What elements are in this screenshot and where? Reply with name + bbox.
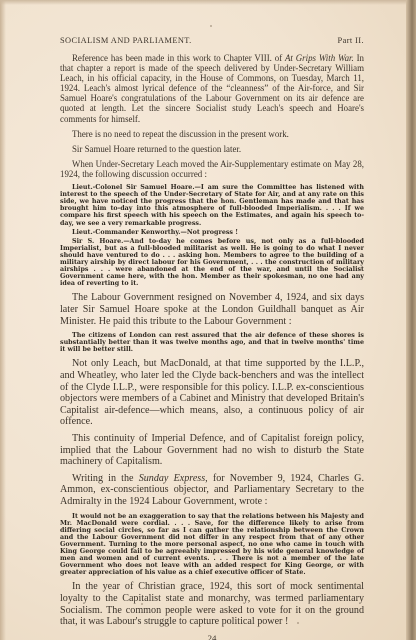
book-page: SOCIALISM AND PARLIAMENT. Part II. Refer… bbox=[0, 0, 416, 640]
page-top-edge bbox=[0, 0, 416, 5]
paper-speck bbox=[141, 603, 143, 605]
quote-ammon: It would not be an exaggeration to say t… bbox=[60, 513, 364, 577]
paragraph-leach-moved: When Under-Secretary Leach moved the Air… bbox=[60, 159, 364, 179]
paragraph-sunday-express: Writing in the Sunday Express, for Novem… bbox=[60, 473, 364, 508]
running-head: SOCIALISM AND PARLIAMENT. Part II. bbox=[60, 36, 364, 45]
paragraph-hoare-returned: Sir Samuel Hoare returned to the questio… bbox=[60, 144, 364, 154]
text: In that chapter a report is made of the … bbox=[60, 53, 364, 124]
speaker-name: Lieut.-Commander Kenworthy. bbox=[72, 229, 181, 236]
paragraph-continuity: This continuity of Imperial Defence, and… bbox=[60, 433, 364, 468]
paper-speck bbox=[264, 610, 266, 612]
quote-speech: Sir S. Hoare.—And to-day he comes before… bbox=[60, 238, 364, 288]
quote-guildhall: The citizens of London can rest assured … bbox=[60, 332, 364, 353]
quote-speech: Lieut.-Colonel Sir Samuel Hoare.—I am su… bbox=[60, 184, 364, 227]
speaker-name: Lieut.-Colonel Sir Samuel Hoare. bbox=[72, 184, 195, 191]
paragraph-labour-resigned: The Labour Government resigned on Novemb… bbox=[60, 292, 364, 327]
page-content: SOCIALISM AND PARLIAMENT. Part II. Refer… bbox=[60, 36, 364, 640]
speaker-name: Sir S. Hoare. bbox=[72, 238, 123, 245]
paragraph-reference: Reference has been made in this work to … bbox=[60, 53, 364, 124]
running-head-part: Part II. bbox=[338, 36, 364, 45]
paragraph-not-only-leach: Not only Leach, but MacDonald, at that t… bbox=[60, 358, 364, 428]
paper-speck bbox=[297, 622, 299, 624]
paragraph-no-need: There is no need to repeat the discussio… bbox=[60, 129, 364, 139]
speech-text: —And to-day he comes before us, not only… bbox=[60, 238, 364, 288]
paragraph-christian-grace: In the year of Christian grace, 1924, th… bbox=[60, 581, 364, 627]
quote-parliamentary-debate: Lieut.-Colonel Sir Samuel Hoare.—I am su… bbox=[60, 184, 364, 287]
paper-speck bbox=[210, 25, 212, 27]
quote-text: The citizens of London can rest assured … bbox=[60, 332, 364, 353]
newspaper-title-italic: Sunday Express, bbox=[139, 473, 208, 484]
quote-text: It would not be an exaggeration to say t… bbox=[60, 513, 364, 577]
book-title-italic: At Grips With War. bbox=[285, 53, 354, 63]
speech-text: —I am sure the Committee has listened wi… bbox=[60, 184, 364, 226]
quote-speech: Lieut.-Commander Kenworthy.—Not progress… bbox=[60, 229, 364, 236]
text: Writing in the bbox=[72, 473, 139, 484]
page-number: 24 bbox=[60, 633, 364, 640]
speech-text: —Not progress ! bbox=[181, 229, 238, 236]
text: Reference has been made in this work to … bbox=[72, 53, 285, 63]
running-head-title: SOCIALISM AND PARLIAMENT. bbox=[60, 36, 192, 45]
